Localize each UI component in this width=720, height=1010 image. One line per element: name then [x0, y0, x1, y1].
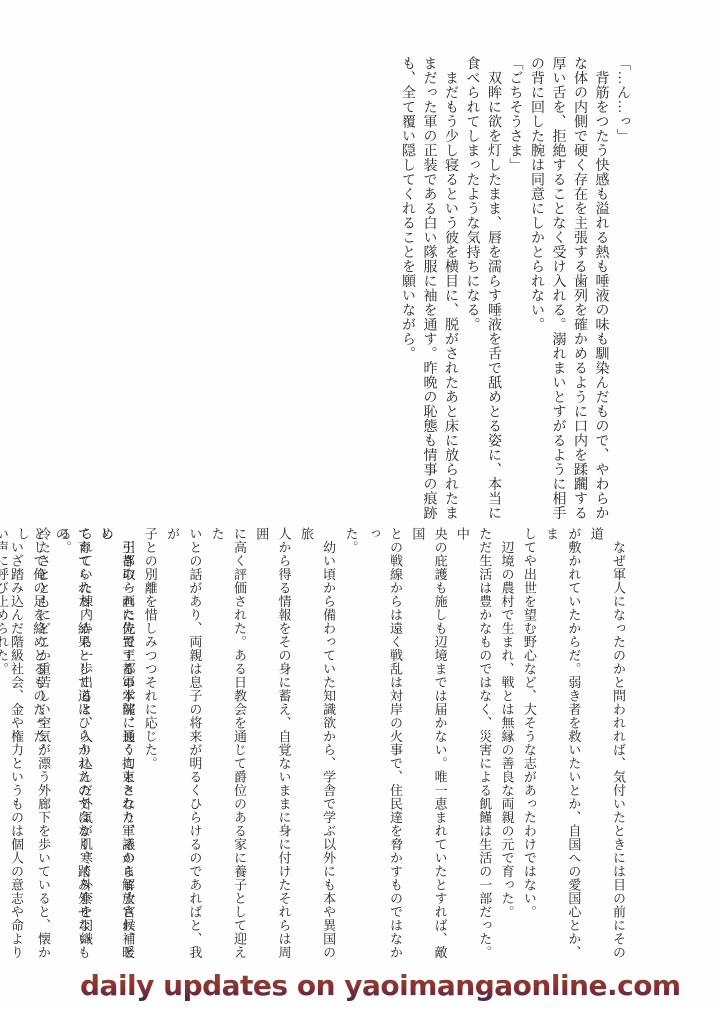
text-line: 人から得る情報をその身に蓄え、自覚ないままに身に付けたそれらは周囲: [250, 527, 295, 960]
text-line: 双眸に欲を灯したまま、唇を濡らす唾液を舌で舐めとる姿に、本当に: [483, 56, 505, 524]
text-line: られていた棟内から一歩出ると、入り込んだ外気が肌寒く外套を羽織る。: [54, 527, 96, 960]
text-line: ただ生活は豊かなものではなく、災害による飢饉は生活の一部だった。中: [451, 527, 496, 960]
text-line: なぜ軍人になったのかと問われれば、気付いたときには目の前にその道: [584, 527, 629, 960]
text-line: の背に回した腕は同意にしかとられない。: [526, 56, 548, 524]
text-line: い声に呼び止められた。: [0, 527, 12, 960]
text-line: が敷かれていたからだ。弱き者を救いたいとか、自国への愛国心とか、ま: [540, 527, 585, 960]
text-line: も、全て覆い隠してくれることを願いながら。: [397, 56, 419, 524]
text-line: まだった軍の正装である白い隊服に袖を通す。昨晩の恥態も情事の痕跡: [418, 56, 440, 524]
text-line: 「…ん…っ」: [612, 56, 634, 524]
text-line: 背筋をつたう快感も溢れる熱も唾液の味も馴染んだもので、やわらか: [590, 56, 612, 524]
text-line: 幼い頃から備わっていた知識欲から、学舎で学ぶ以外にも本や異国の旅: [295, 527, 340, 960]
text-line: まだもう少し寝るという彼を横目に、脱がされたあと床に放られたま: [440, 56, 462, 524]
text-line: 辺境の農村で生まれ、戦とは無縁の善良な両親の元で育った。: [495, 527, 517, 960]
text-line: 王都の一画に位置する軍本部、長く拘束された軍議から解放され、暖め: [96, 527, 138, 960]
text-line: た。: [339, 527, 361, 960]
text-line: 子との別離を惜しみつつそれに応じた。: [138, 527, 160, 960]
text-line: な体の内側で硬く存在を主張する歯列を確かめるように口内を蹂躙する: [569, 56, 591, 524]
text-line: いとの話があり、両親は息子の将来が明るくひらけるのであればと、我が: [161, 527, 206, 960]
text-line: 食べられてしまったような気持ちになる。: [461, 56, 483, 524]
text-block-military-hq: 王都の一画に位置する軍本部、長く拘束された軍議から解放され、暖め られていた棟内…: [0, 527, 138, 960]
text-line: 冷たさとともにどこか重苦しい空気が漂う外廊下を歩いていると、懐かし: [12, 527, 54, 960]
text-line: 「ごちそうさま」: [504, 56, 526, 524]
text-line: 厚い舌を、拒絶することなく受け入れる。溺れまいとすがるように相手: [547, 56, 569, 524]
text-line: との戦線からは遠く戦乱は対岸の火事で、住民達を脅かすものではなかっ: [361, 527, 406, 960]
text-line: してや出世を望む野心など、大そうな志があったわけではない。: [518, 527, 540, 960]
text-line: に高く評価された。ある日教会を通じて爵位のある家に養子として迎えた: [205, 527, 250, 960]
scanned-novel-page: 「…ん…っ」 背筋をつたう快感も溢れる熱も唾液の味も馴染んだもので、やわらか な…: [0, 0, 720, 1010]
text-block-scene-intro: 「…ん…っ」 背筋をつたう快感も溢れる熱も唾液の味も馴染んだもので、やわらか な…: [397, 56, 634, 524]
site-watermark-banner: daily updates on yaoimangaonline.com: [80, 969, 681, 1002]
text-line: 央の庇護も施しも辺境までは届かない。唯一恵まれていたとすれば、敵国: [406, 527, 451, 960]
